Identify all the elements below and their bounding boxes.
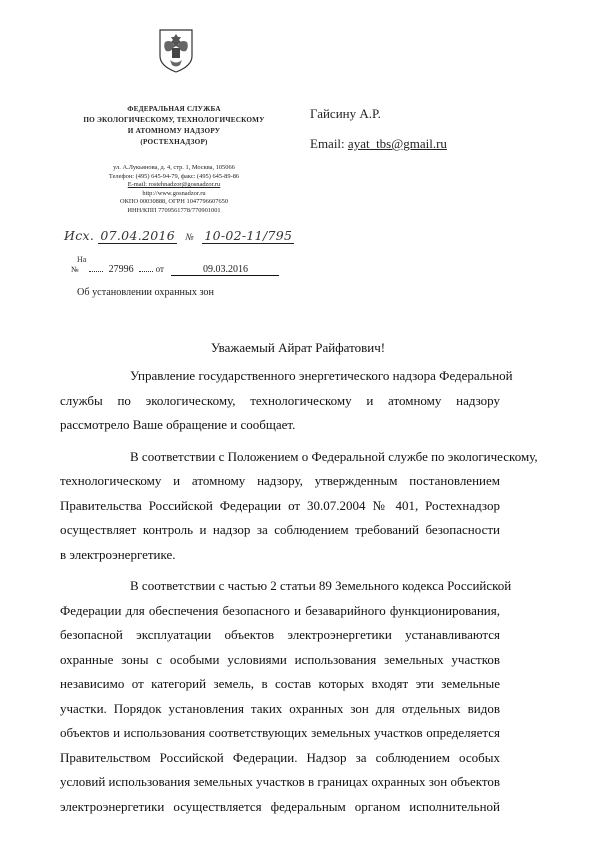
body-paragraph: В соответствии с Положением о Федерально… bbox=[104, 445, 500, 568]
body-paragraph: В соответствии с частью 2 статьи 89 Земе… bbox=[104, 574, 500, 819]
okpo-line: ОКПО 00030888, ОГРН 1047796607650 bbox=[62, 198, 286, 207]
reference-ot-label: от bbox=[156, 264, 164, 274]
agency-line: ФЕДЕРАЛЬНАЯ СЛУЖБА bbox=[62, 104, 286, 115]
agency-address: ул. А.Лукьянова, д. 4, стр. 1, Москва, 1… bbox=[62, 164, 286, 216]
body-line: объектов и использования соответствующих… bbox=[60, 721, 500, 746]
body-line: осуществляет контроль и надзор за соблюд… bbox=[60, 518, 500, 543]
inn-line: ИНН/КПП 7709561778/770901001 bbox=[62, 207, 286, 216]
phone-line: Телефон: (495) 645-94-79, факс: (495) 64… bbox=[62, 173, 286, 182]
body-line: электроэнергетики осуществляется федерал… bbox=[60, 795, 500, 820]
dotted-line bbox=[139, 271, 153, 272]
reference-na-label: На bbox=[77, 255, 86, 264]
outgoing-reference: Исх. 07.04.2016 № 10-02-11/795 bbox=[64, 228, 294, 244]
agency-line: И АТОМНОМУ НАДЗОРУ bbox=[62, 126, 286, 137]
body-line: условий использования земельных участков… bbox=[60, 770, 500, 795]
reference-num-sign: № bbox=[71, 265, 79, 274]
website-link[interactable]: http://www.gosnadzor.ru bbox=[62, 190, 286, 199]
body-line: службы по экологическому, технологическо… bbox=[60, 389, 500, 414]
agency-line: ПО ЭКОЛОГИЧЕСКОМУ, ТЕХНОЛОГИЧЕСКОМУ bbox=[62, 115, 286, 126]
letter-subject: Об установлении охранных зон bbox=[77, 287, 214, 298]
body-line: Правительством Российской Федерации. Над… bbox=[60, 746, 500, 771]
body-line: Федерации для обеспечения безопасного и … bbox=[60, 599, 500, 624]
body-line: безопасной эксплуатации объектов электро… bbox=[60, 623, 500, 648]
body-line: Правительства Российской Федерации от 30… bbox=[60, 494, 500, 519]
body-line: Управление государственного энергетическ… bbox=[104, 364, 500, 389]
agency-name: ФЕДЕРАЛЬНАЯ СЛУЖБА ПО ЭКОЛОГИЧЕСКОМУ, ТЕ… bbox=[62, 104, 286, 148]
outgoing-date: 07.04.2016 bbox=[98, 228, 177, 244]
body-line: В соответствии с Положением о Федерально… bbox=[104, 445, 500, 470]
incoming-reference: № 27996 от 09.03.2016 bbox=[71, 264, 291, 276]
agency-line: (РОСТЕХНАДЗОР) bbox=[62, 137, 286, 148]
body-paragraph: Управление государственного энергетическ… bbox=[104, 364, 500, 438]
outgoing-prefix: Исх. bbox=[64, 228, 94, 243]
reference-number: 27996 bbox=[109, 264, 134, 275]
body-line: рассмотрело Ваше обращение и сообщает. bbox=[60, 413, 500, 438]
body-line: технологическому и атомному надзору, утв… bbox=[60, 469, 500, 494]
recipient-name: Гайсину А.Р. bbox=[310, 106, 447, 122]
reference-date: 09.03.2016 bbox=[171, 264, 279, 276]
recipient-block: Гайсину А.Р. Email: ayat_tbs@gmail.ru bbox=[310, 106, 447, 152]
body-line: независимо от категорий земель, в состав… bbox=[60, 672, 500, 697]
greeting: Уважаемый Айрат Райфатович! bbox=[0, 340, 596, 356]
email-label: Email: bbox=[310, 136, 345, 151]
body-line: В соответствии с частью 2 статьи 89 Земе… bbox=[104, 574, 500, 599]
recipient-email-row: Email: ayat_tbs@gmail.ru bbox=[310, 136, 447, 152]
letter-body: Управление государственного энергетическ… bbox=[104, 364, 500, 826]
body-line: в электроэнергетике. bbox=[60, 543, 500, 568]
address-line: ул. А.Лукьянова, д. 4, стр. 1, Москва, 1… bbox=[62, 164, 286, 173]
outgoing-num-sign: № bbox=[185, 233, 194, 243]
body-line: охранные зоны с особыми условиями исполь… bbox=[60, 648, 500, 673]
outgoing-number: 10-02-11/795 bbox=[202, 228, 294, 244]
recipient-email[interactable]: ayat_tbs@gmail.ru bbox=[348, 136, 447, 151]
email-link[interactable]: E-mail: rostehnadzor@gosnadzor.ru bbox=[62, 181, 286, 190]
dotted-line bbox=[89, 271, 103, 272]
body-line: участки. Порядок установления таких охра… bbox=[60, 697, 500, 722]
russian-coat-of-arms-icon bbox=[156, 26, 196, 74]
